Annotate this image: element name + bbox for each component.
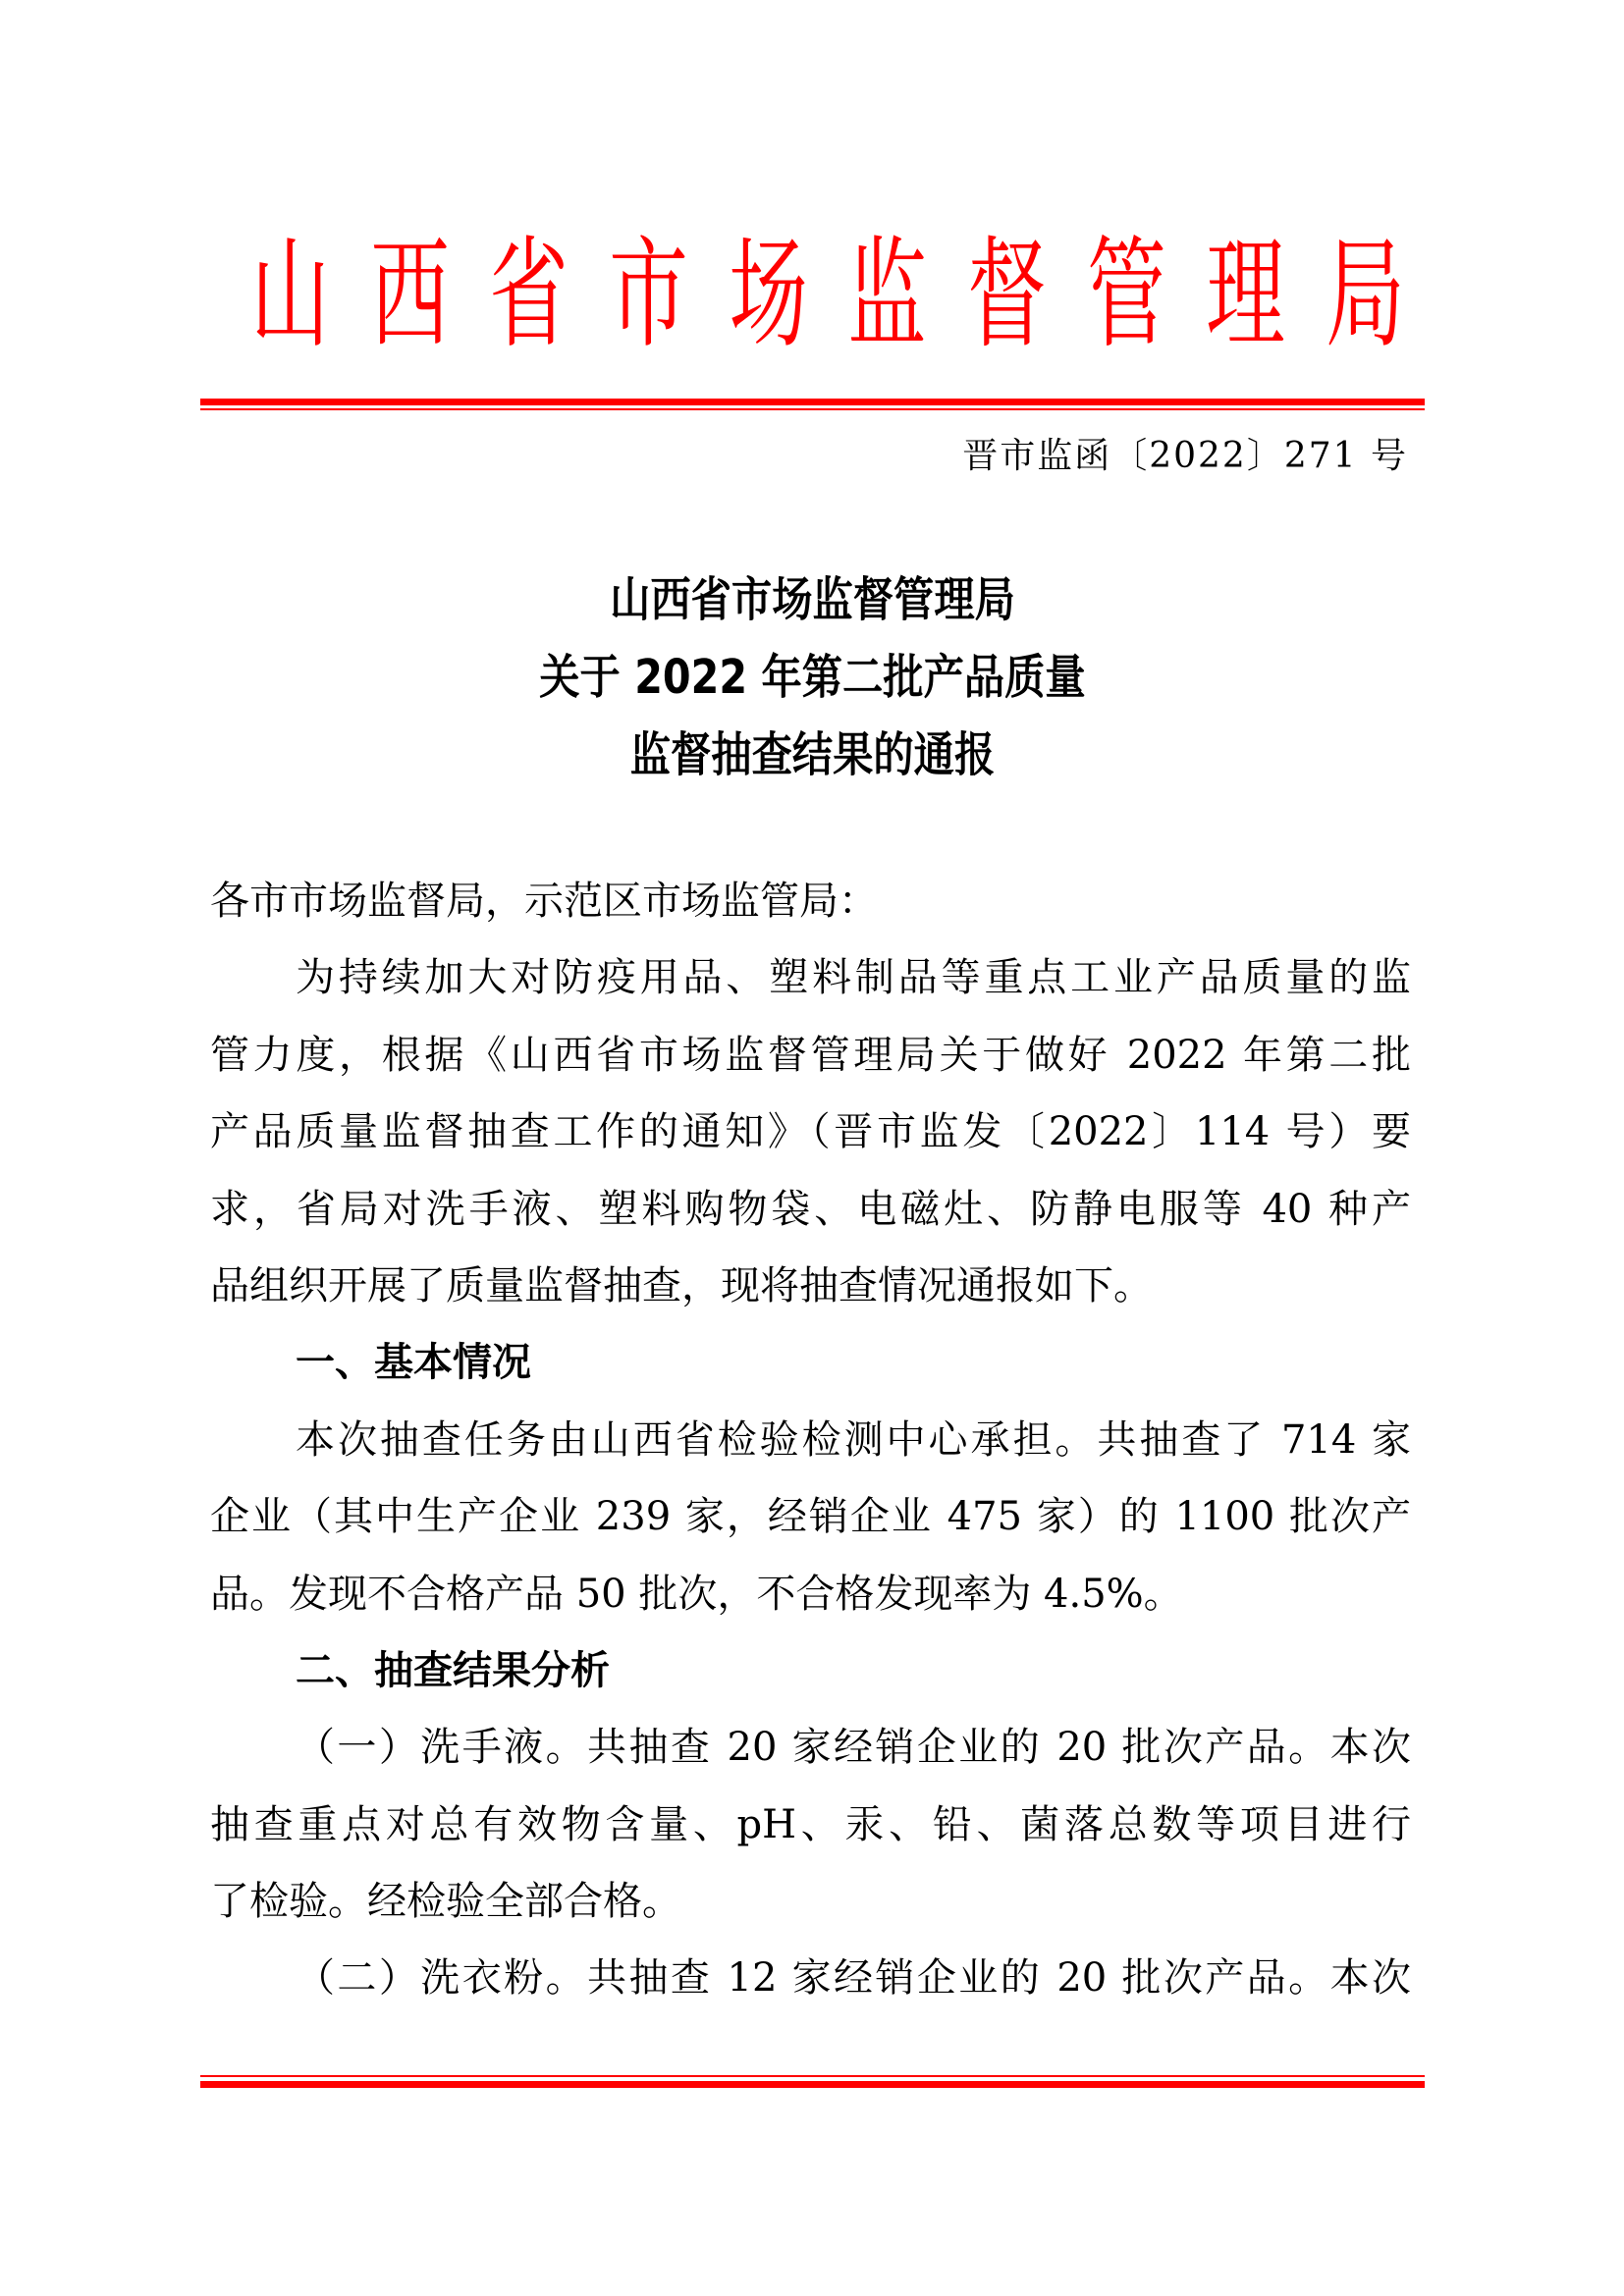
document-body: 各市市场监督局，示范区市场监管局： 为持续加大对防疫用品、塑料制品等重点工业产品… (210, 863, 1411, 2017)
section-heading-results-analysis: 二、抽查结果分析 (210, 1632, 1411, 1709)
paragraph-line: 品组织开展了质量监督抽查，现将抽查情况通报如下。 (210, 1248, 1411, 1324)
paragraph-line: 了检验。经检验全部合格。 (210, 1863, 1411, 1940)
masthead-char: 市 (609, 221, 667, 368)
paragraph-line: 企业（其中生产企业 239 家，经销企业 475 家）的 1100 批次产 (210, 1478, 1411, 1555)
header-rule-thick (200, 399, 1425, 405)
masthead-char: 山 (250, 221, 308, 368)
paragraph-line: （一）洗手液。共抽查 20 家经销企业的 20 批次产品。本次 (210, 1709, 1411, 1786)
title-line: 山西省市场监督管理局 (286, 561, 1338, 639)
masthead-char: 场 (729, 221, 786, 368)
masthead-char: 理 (1207, 221, 1265, 368)
masthead-char: 局 (1326, 221, 1383, 368)
masthead-agency-name: 山 西 省 市 场 监 督 管 理 局 (236, 221, 1399, 368)
document-number: 晋市监函〔2022〕271 号 (962, 436, 1408, 477)
paragraph-line: 产品质量监督抽查工作的通知》（晋市监发〔2022〕114 号）要 (210, 1094, 1411, 1170)
section-heading-basic-info: 一、基本情况 (210, 1324, 1411, 1401)
paragraph-line: 求，省局对洗手液、塑料购物袋、电磁灶、防静电服等 40 种产 (210, 1171, 1411, 1248)
footer-rule-thin (200, 2075, 1425, 2077)
paragraph-line: 管力度，根据《山西省市场监督管理局关于做好 2022 年第二批 (210, 1017, 1411, 1094)
paragraph-line: 本次抽查任务由山西省检验检测中心承担。共抽查了 714 家 (210, 1402, 1411, 1478)
title-line: 监督抽查结果的通报 (286, 717, 1338, 794)
paragraph-line: 品。发现不合格产品 50 批次，不合格发现率为 4.5%。 (210, 1556, 1411, 1632)
paragraph-line: 抽查重点对总有效物含量、pH、汞、铅、菌落总数等项目进行 (210, 1787, 1411, 1863)
masthead-char: 西 (370, 221, 428, 368)
paragraph-line: 为持续加大对防疫用品、塑料制品等重点工业产品质量的监 (210, 939, 1411, 1016)
document-title: 山西省市场监督管理局 关于 2022 年第二批产品质量 监督抽查结果的通报 (200, 561, 1425, 794)
header-rule-thin (200, 408, 1425, 410)
title-line: 关于 2022 年第二批产品质量 (286, 639, 1338, 717)
masthead-char: 监 (848, 221, 906, 368)
paragraph-line: （二）洗衣粉。共抽查 12 家经销企业的 20 批次产品。本次 (210, 1940, 1411, 2016)
masthead-char: 督 (967, 221, 1025, 368)
masthead-char: 省 (490, 221, 548, 368)
masthead-char: 管 (1087, 221, 1145, 368)
footer-rule-thick (200, 2081, 1425, 2088)
salutation: 各市市场监督局，示范区市场监管局： (210, 863, 1411, 939)
